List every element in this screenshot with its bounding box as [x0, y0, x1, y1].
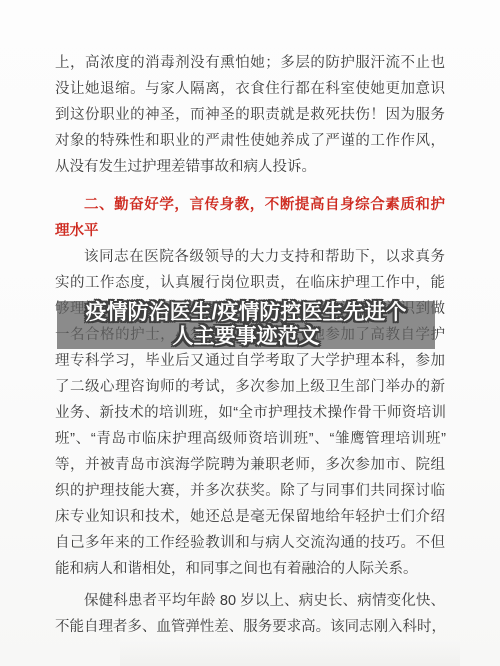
- caption-title-line: 疫情防治医生/疫情防控医生先进个: [86, 301, 407, 325]
- paragraph3-line: 不能自理者多、血管弹性差、服务要求高。该同志刚入科时，: [55, 614, 445, 640]
- section-heading-line: 理水平: [55, 218, 445, 244]
- caption-title-line: 人主要事迹范文: [173, 325, 320, 349]
- paragraph2-line: 床专业知识和技术，她还总是毫无保留地给年轻护士们介绍: [55, 504, 445, 530]
- paragraph1-line: 对象的特殊性和职业的严肃性使她养成了严谨的工作作风，: [55, 128, 445, 154]
- photo-artifact-shading: [120, 640, 460, 666]
- video-caption-overlay: 疫情防治医生/疫情防控医生先进个 人主要事迹范文: [57, 301, 435, 349]
- paragraph1-line: 从没有发生过护理差错事故和病人投诉。: [55, 154, 445, 180]
- section-heading-line: 二、勤奋好学，言传身教，不断提高自身综合素质和护: [55, 192, 445, 218]
- paragraph2-line: 业务、新技术的培训班，如“全市护理技术操作骨干师资培训: [55, 400, 445, 426]
- paragraph2-line: 织的护理技能大赛，并多次获奖。除了与同事们共同探讨临: [55, 478, 445, 504]
- paragraph2-line: 能和病人和谐相处，和同事之间也有着融洽的人际关系。: [55, 556, 445, 582]
- paragraph1-line: 没让她退缩。与家人隔离，衣食住行都在科室使她更加意识: [55, 76, 445, 102]
- paragraph2-line: 班”、“青岛市临床护理高级师资培训班”、“雏鹰管理培训班”: [55, 426, 445, 452]
- paragraph3-line: 保健科患者平均年龄 80 岁以上、病史长、病情变化快、: [55, 588, 445, 614]
- paragraph2-line: 等，并被青岛市滨海学院聘为兼职老师，多次参加市、院组: [55, 452, 445, 478]
- paragraph1-line: 到这份职业的神圣，而神圣的职责就是救死扶伤！因为服务: [55, 102, 445, 128]
- document-photo: 上，高浓度的消毒剂没有熏怕她；多层的防护服汗流不止也 没让她退缩。与家人隔离，衣…: [0, 0, 500, 666]
- paragraph2-line: 了二级心理咨询师的考试，多次参加上级卫生部门举办的新: [55, 374, 445, 400]
- paragraph2-line: 理专科学习，毕业后又通过自学考取了大学护理本科，参加: [55, 348, 445, 374]
- paragraph2-line: 自己多年来的工作经验教训和与病人交流沟通的技巧。不但: [55, 530, 445, 556]
- paragraph1-line: 上，高浓度的消毒剂没有熏怕她；多层的防护服汗流不止也: [55, 50, 445, 76]
- paragraph2-line: 实的工作态度，认真履行岗位职责，在临床护理工作中，能: [55, 270, 445, 296]
- paragraph2-line: 该同志在医院各级领导的大力支持和帮助下，以求真务: [55, 244, 445, 270]
